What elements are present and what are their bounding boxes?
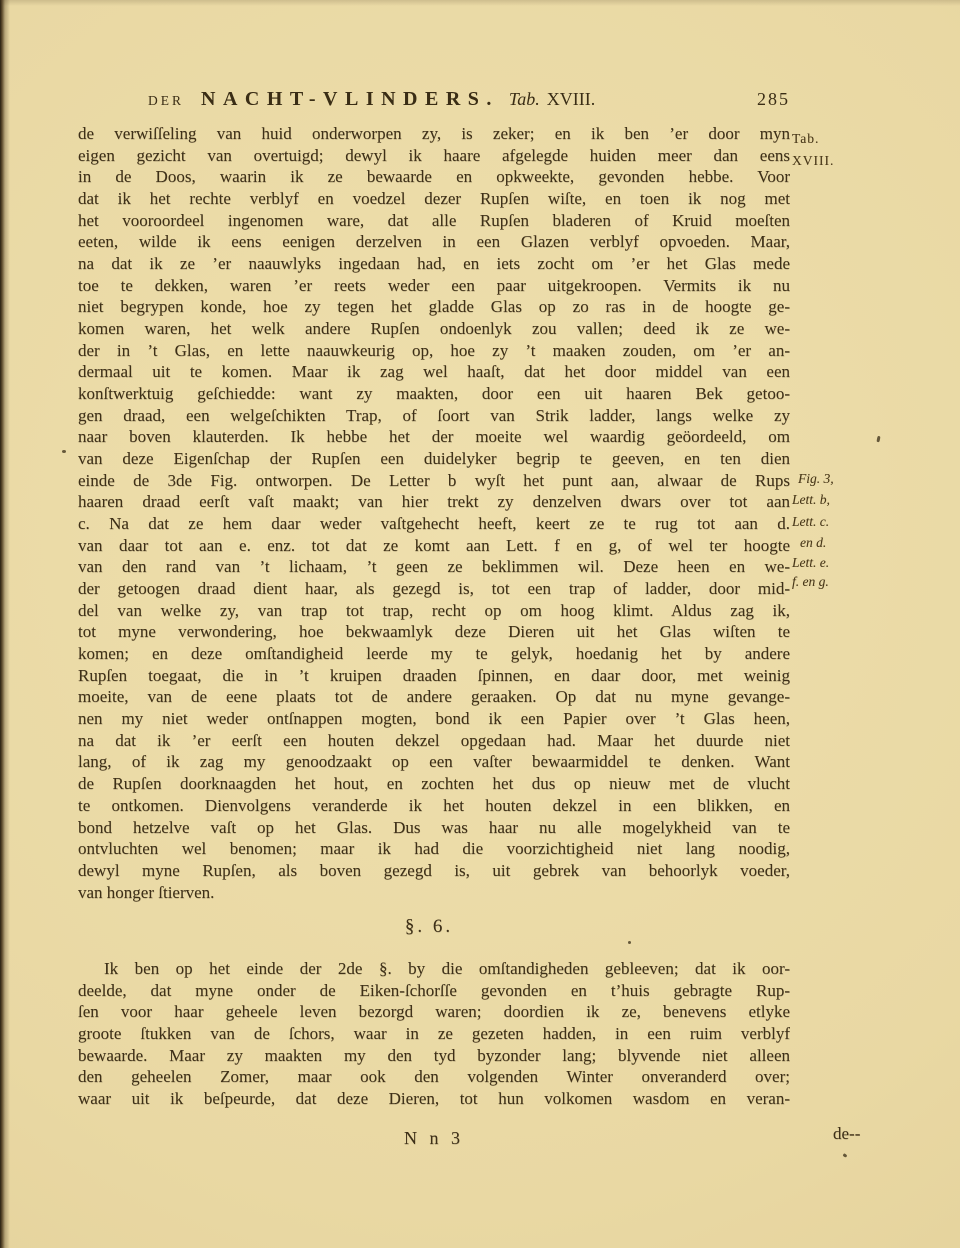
scan-speck	[843, 1153, 848, 1158]
text-line: waar uit ik beſpeurde, dat deze Dieren, …	[78, 1088, 790, 1110]
text-line: nen my niet weder ontſnappen mogten, bon…	[78, 708, 790, 730]
text-line: komen; en deze omſtandigheid leerde my t…	[78, 643, 790, 665]
text-line: niet begrypen konde, hoe zy tegen het gl…	[78, 296, 790, 318]
text-line: eigen gezicht van overtuigd; dewyl ik ha…	[78, 145, 790, 167]
text-line: konſtwerktuig geſchiedde: want zy maakte…	[78, 383, 790, 405]
text-line: naar boven klauterden. Ik hebbe het der …	[78, 426, 790, 448]
text-line: tot myne verwondering, hoe bekwaamlyk de…	[78, 621, 790, 643]
text-line: in de Doos, waarin ik ze bewaarde en opk…	[78, 166, 790, 188]
text-line: deelde, dat myne onder de Eiken-ſchorſſe…	[78, 980, 790, 1002]
text-line: van honger ſtierven.	[78, 882, 790, 904]
text-line: den geheelen Zomer, maar ook den volgend…	[78, 1066, 790, 1088]
text-line: ontvluchten wel benomen; maar ik had die…	[78, 838, 790, 860]
section-heading: §. 6.	[78, 916, 780, 938]
text-line: Ik ben op het einde der 2de §. by die om…	[78, 958, 790, 980]
text-line: het vooroordeel ingenomen ware, dat alle…	[78, 210, 790, 232]
text-line: de verwiſſeling van huid onderworpen zy,…	[78, 123, 790, 145]
text-line: komen waren, het welk andere Rupſen ondo…	[78, 318, 790, 340]
text-line: der getoogen draad dient haar, als gezeg…	[78, 578, 790, 600]
text-line: van deze Eigenſchap der Rupſen een duide…	[78, 448, 790, 470]
text-line: toe te dekken, waren ’er reets weder een…	[78, 275, 790, 297]
text-line: dermaal uit te komen. Maar ik zag wel ha…	[78, 361, 790, 383]
text-line: c. Na dat ze hem daar weder vaſtgehecht …	[78, 513, 790, 535]
text-line: lang, of ik zag my genoodzaakt op een va…	[78, 751, 790, 773]
page-number: 285	[757, 89, 790, 110]
book-page-scan: DER NACHT-VLINDERS. Tab. XVIII. 285 Tab.…	[0, 0, 960, 1248]
text-line: de Rupſen doorknaagden het hout, en zoch…	[78, 773, 790, 795]
text-line: dat ik het rechte verblyf en voedzel dez…	[78, 188, 790, 210]
margin-note-en-d: en d.	[800, 532, 950, 553]
scan-speck	[62, 450, 66, 453]
gutter-shadow	[0, 0, 10, 1248]
margin-note-lett-b: Lett. b,	[792, 489, 942, 510]
plate-reference-label: Tab.	[509, 89, 540, 110]
text-line: ſen voor haar geheele leven bezorgd ware…	[78, 1001, 790, 1023]
text-line: haaren draad eerſt vaſt maakt; van hier …	[78, 491, 790, 513]
text-line: van daar tot aan e. enz. tot dat ze komt…	[78, 535, 790, 557]
margin-note-lett-c: Lett. c.	[792, 511, 942, 532]
margin-note-fig: Fig. 3,	[798, 468, 948, 489]
text-line: del van welke zy, van trap tot trap, rec…	[78, 600, 790, 622]
scan-speck	[628, 941, 631, 944]
body-paragraph: de verwiſſeling van huid onderworpen zy,…	[78, 123, 790, 903]
text-line: Rupſen toegaat, die in ’t kruipen draade…	[78, 665, 790, 687]
scan-speck	[876, 436, 880, 442]
plate-reference-number: XVIII.	[547, 89, 595, 110]
text-line: van den rand van ’t lichaam, ’t geen ze …	[78, 556, 790, 578]
page-edge-shade	[0, 0, 960, 6]
text-line: bond hetzelve vaſt op het Glas. Dus was …	[78, 817, 790, 839]
margin-note-tab-number: XVIII.	[792, 150, 942, 171]
body-paragraph: Ik ben op het einde der 2de §. by die om…	[78, 958, 790, 1110]
signature-mark: N n 3	[78, 1128, 790, 1149]
text-line: gen draad, een welgeſchikten Trap, of ſo…	[78, 405, 790, 427]
margin-note-f-en-g: f. en g.	[792, 571, 942, 592]
text-line: einde de 3de Fig. ontworpen. De Letter b…	[78, 470, 790, 492]
text-line: te ontkomen. Dienvolgens veranderde ik h…	[78, 795, 790, 817]
text-line: groote ſtukken van de ſchors, waar in ze…	[78, 1023, 790, 1045]
text-line: na dat ik ze ’er naauwlyks ingedaan had,…	[78, 253, 790, 275]
running-header: DER NACHT-VLINDERS. Tab. XVIII. 285	[78, 88, 790, 111]
text-line: dewyl myne Rupſen, als boven gezegd is, …	[78, 860, 790, 882]
running-header-prefix: DER	[148, 93, 184, 109]
text-line: moeite, van de eene plaats tot de andere…	[78, 686, 790, 708]
running-header-title: NACHT-VLINDERS.	[201, 88, 499, 111]
text-line: na dat ik ’er eerſt een houten dekzel op…	[78, 730, 790, 752]
catchword: de--	[833, 1124, 860, 1144]
text-line: der in ’t Glas, en lette naauwkeurig op,…	[78, 340, 790, 362]
margin-note-tab: Tab.	[792, 128, 942, 149]
text-line: bewaarde. Maar zy maakten my den tyd byz…	[78, 1045, 790, 1067]
text-line: eeten, wilde ik eens eenigen derzelven i…	[78, 231, 790, 253]
margin-note-lett-e: Lett. e.	[792, 552, 942, 573]
